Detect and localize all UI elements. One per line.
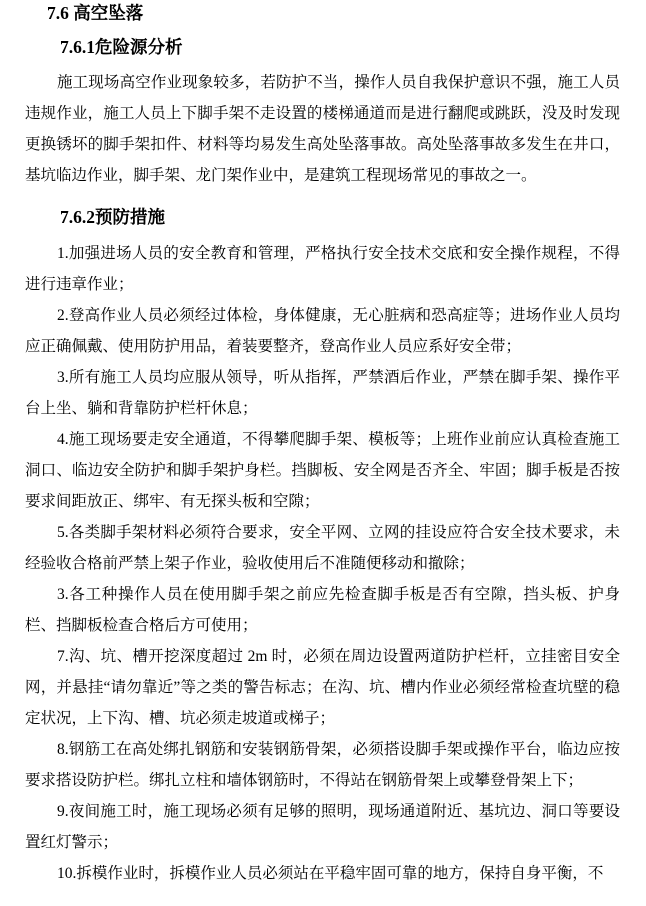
document-page: 7.6 高空坠落 7.6.1危险源分析 施工现场高空作业现象较多，若防护不当，操… [0,0,646,906]
hazard-analysis-paragraph: 施工现场高空作业现象较多，若防护不当，操作人员自我保护意识不强，施工人员违规作业… [25,67,620,191]
prevention-item-1: 1.加强进场人员的安全教育和管理，严格执行安全技术交底和安全操作规程，不得进行违… [25,238,620,300]
prevention-item-8: 8.钢筋工在高处绑扎钢筋和安装钢筋骨架，必须搭设脚手架或操作平台，临边应按要求搭… [25,734,620,796]
section-heading: 7.6 高空坠落 [47,2,620,24]
prevention-item-10: 10.拆模作业时，拆模作业人员必须站在平稳牢固可靠的地方，保持自身平衡，不 [25,858,620,889]
prevention-item-7: 7.沟、坑、槽开挖深度超过 2m 时，必须在周边设置两道防护栏杆，立挂密目安全网… [25,641,620,734]
prevention-item-2: 2.登高作业人员必须经过体检，身体健康，无心脏病和恐高症等；进场作业人员均应正确… [25,300,620,362]
subsection-heading-prevention-measures: 7.6.2预防措施 [60,206,620,228]
prevention-item-5: 5.各类脚手架材料必须符合要求，安全平网、立网的挂设应符合安全技术要求，未经验收… [25,517,620,579]
prevention-item-9: 9.夜间施工时，施工现场必须有足够的照明，现场通道附近、基坑边、洞口等要设置红灯… [25,796,620,858]
subsection-heading-hazard-analysis: 7.6.1危险源分析 [60,36,620,58]
prevention-item-4: 4.施工现场要走安全通道，不得攀爬脚手架、模板等；上班作业前应认真检查施工洞口、… [25,424,620,517]
prevention-item-3: 3.所有施工人员均应服从领导，听从指挥，严禁酒后作业，严禁在脚手架、操作平台上坐… [25,362,620,424]
prevention-item-6: 3.各工种操作人员在使用脚手架之前应先检查脚手板是否有空隙，挡头板、护身栏、挡脚… [25,579,620,641]
